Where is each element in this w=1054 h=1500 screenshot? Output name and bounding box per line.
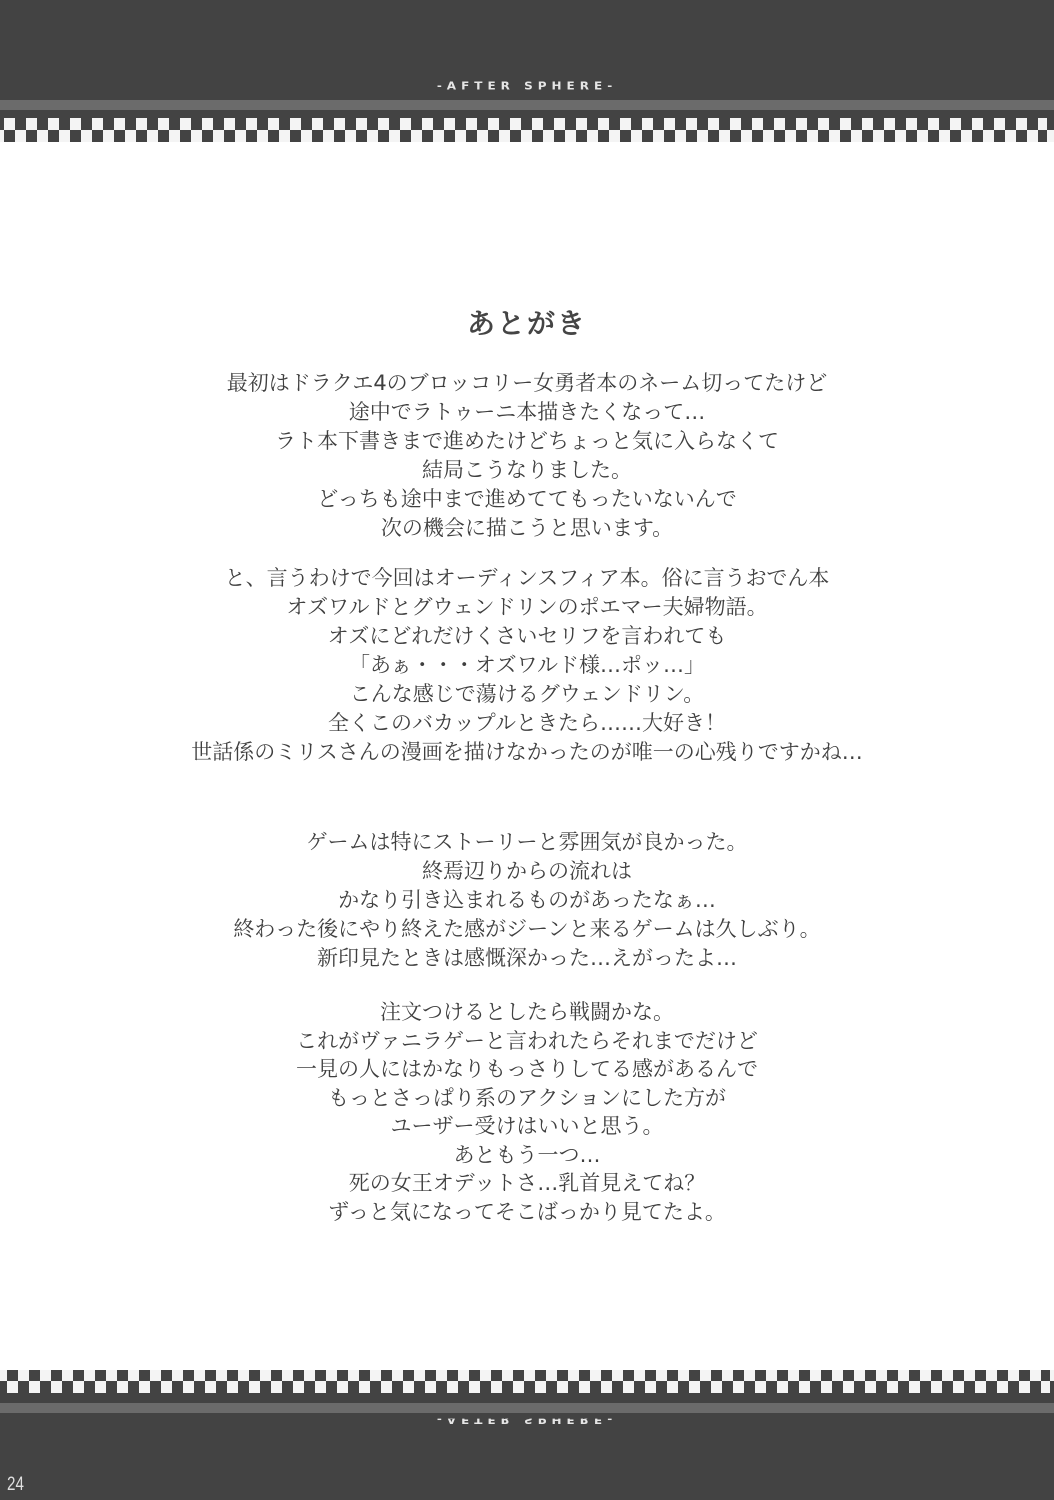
- text-line: 一見の人にはかなりもっさりしてる感があるんで: [0, 1055, 1054, 1084]
- afterword-paragraph-3: ゲームは特にストーリーと雰囲気が良かった。 終焉辺りからの流れは かなり引き込ま…: [0, 828, 1054, 973]
- text-line: 結局こうなりました。: [0, 456, 1054, 485]
- text-line: 「あぁ・・・オズワルド様…ポッ…」: [0, 651, 1054, 680]
- footer-checker-row-2: [0, 1381, 1054, 1393]
- page-number: 24: [7, 1474, 24, 1496]
- text-line: 次の機会に描こうと思います。: [0, 514, 1054, 543]
- text-line: 新印見たときは感慨深かった…えがったよ…: [0, 944, 1054, 973]
- afterword-heading: あとがき: [0, 302, 1054, 342]
- text-line: 終わった後にやり終えた感がジーンと来るゲームは久しぶり。: [0, 915, 1054, 944]
- text-line: どっちも途中まで進めててもったいないんで: [0, 485, 1054, 514]
- text-line: 途中でラトゥーニ本描きたくなって…: [0, 398, 1054, 427]
- header-gap: [0, 110, 1054, 118]
- text-line: オズワルドとグウェンドリンのポエマー夫婦物語。: [0, 593, 1054, 622]
- text-line: これがヴァニラゲーと言われたらそれまでだけど: [0, 1027, 1054, 1056]
- text-line: ユーザー受けはいいと思う。: [0, 1112, 1054, 1141]
- text-line: 世話係のミリスさんの漫画を描けなかったのが唯一の心残りですかね…: [0, 738, 1054, 767]
- text-line: あともう一つ…: [0, 1141, 1054, 1170]
- text-line: 最初はドラクエ4のブロッコリー女勇者本のネーム切ってたけど: [0, 369, 1054, 398]
- afterword-paragraph-1: 最初はドラクエ4のブロッコリー女勇者本のネーム切ってたけど 途中でラトゥーニ本描…: [0, 369, 1054, 543]
- text-line: 死の女王オデットさ…乳首見えてね？: [0, 1169, 1054, 1198]
- text-line: ゲームは特にストーリーと雰囲気が良かった。: [0, 828, 1054, 857]
- footer-band: [0, 1413, 1054, 1500]
- header-series-title: -AFTER SPHERE-: [0, 80, 1054, 92]
- footer-series-title-text: -AFTER SPHERE-: [0, 1419, 1054, 1426]
- text-line: ラト本下書きまで進めたけどちょっと気に入らなくて: [0, 427, 1054, 456]
- footer-series-title: -AFTER SPHERE-: [0, 1419, 1054, 1426]
- text-line: 注文つけるとしたら戦闘かな。: [0, 998, 1054, 1027]
- text-line: もっとさっぱり系のアクションにした方が: [0, 1084, 1054, 1113]
- text-line: こんな感じで蕩けるグウェンドリン。: [0, 680, 1054, 709]
- footer-gap: [0, 1393, 1054, 1403]
- text-line: ずっと気になってそこばっかり見てたよ。: [0, 1198, 1054, 1227]
- footer-stripe: [0, 1403, 1054, 1413]
- header-checker-row-2: [0, 130, 1054, 142]
- text-line: オズにどれだけくさいセリフを言われても: [0, 622, 1054, 651]
- header-checker-row-1: [0, 118, 1054, 130]
- afterword-paragraph-2: と、言うわけで今回はオーディンスフィア本。俗に言うおでん本 オズワルドとグウェン…: [0, 564, 1054, 767]
- text-line: 全くこのバカップルときたら……大好き！: [0, 709, 1054, 738]
- header-stripe: [0, 100, 1054, 110]
- text-line: と、言うわけで今回はオーディンスフィア本。俗に言うおでん本: [0, 564, 1054, 593]
- text-line: 終焉辺りからの流れは: [0, 857, 1054, 886]
- text-line: かなり引き込まれるものがあったなぁ…: [0, 886, 1054, 915]
- afterword-paragraph-4: 注文つけるとしたら戦闘かな。 これがヴァニラゲーと言われたらそれまでだけど 一見…: [0, 998, 1054, 1226]
